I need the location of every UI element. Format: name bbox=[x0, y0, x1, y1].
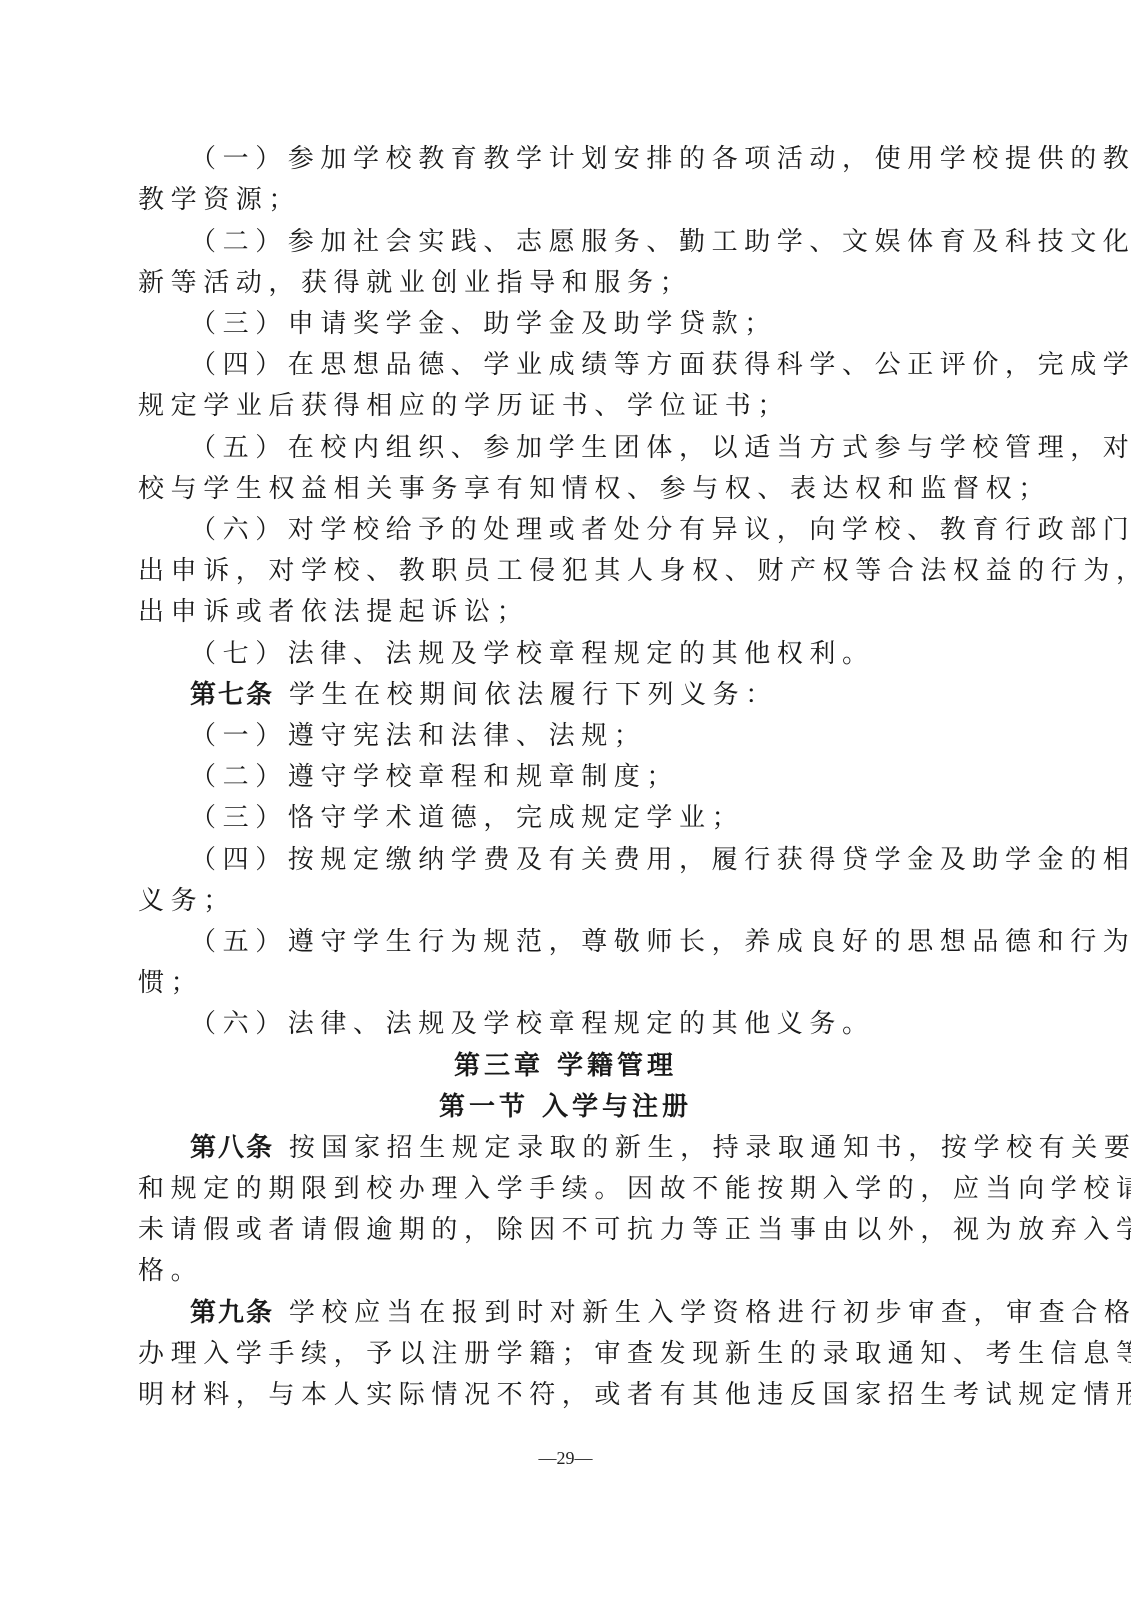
article-9-line-3: 明材料，与本人实际情况不符，或者有其他违反国家招生考试规定情形的， bbox=[138, 1378, 972, 1412]
duties-line: （五）遵守学生行为规范，尊敬师长，养成良好的思想品德和行为习 bbox=[190, 925, 972, 959]
article-8-line-2: 和规定的期限到校办理入学手续。因故不能按期入学的，应当向学校请假。 bbox=[138, 1172, 972, 1206]
article-7-text: 学生在校期间依法履行下列义务： bbox=[274, 680, 778, 710]
rights-line: 规定学业后获得相应的学历证书、学位证书； bbox=[138, 389, 972, 423]
rights-line: （四）在思想品德、学业成绩等方面获得科学、公正评价，完成学校 bbox=[190, 348, 972, 382]
duties-line: （二）遵守学校章程和规章制度； bbox=[190, 760, 972, 794]
rights-line: 新等活动，获得就业创业指导和服务； bbox=[138, 266, 972, 300]
rights-line: （七）法律、法规及学校章程规定的其他权利。 bbox=[190, 637, 972, 671]
article-9-line-2: 办理入学手续，予以注册学籍；审查发现新生的录取通知、考生信息等证 bbox=[138, 1337, 972, 1371]
article-8-line-3: 未请假或者请假逾期的，除因不可抗力等正当事由以外，视为放弃入学资 bbox=[138, 1213, 972, 1247]
rights-line: 出申诉，对学校、教职员工侵犯其人身权、财产权等合法权益的行为，提 bbox=[138, 554, 972, 588]
duties-line: （六）法律、法规及学校章程规定的其他义务。 bbox=[190, 1007, 972, 1041]
article-9-line-1: 第九条 学校应当在报到时对新生入学资格进行初步审查，审查合格的 bbox=[190, 1296, 972, 1330]
page-number: —29— bbox=[0, 1448, 1131, 1469]
section-title: 第一节 入学与注册 bbox=[0, 1090, 1131, 1124]
duties-line: 惯； bbox=[138, 966, 972, 1000]
article-7-heading: 第七条 学生在校期间依法履行下列义务： bbox=[190, 678, 972, 712]
article-8-line-1: 第八条 按国家招生规定录取的新生，持录取通知书，按学校有关要求 bbox=[190, 1131, 972, 1165]
document-page: （一）参加学校教育教学计划安排的各项活动，使用学校提供的教育教学资源；（二）参加… bbox=[0, 0, 1131, 1600]
article-9-label: 第九条 bbox=[190, 1298, 274, 1328]
chapter-title: 第三章 学籍管理 bbox=[0, 1049, 1131, 1083]
rights-line: 出申诉或者依法提起诉讼； bbox=[138, 595, 972, 629]
rights-line: （三）申请奖学金、助学金及助学贷款； bbox=[190, 307, 972, 341]
rights-line: 教学资源； bbox=[138, 183, 972, 217]
duties-line: 义务； bbox=[138, 884, 972, 918]
article-8-line-4: 格。 bbox=[138, 1254, 972, 1288]
rights-line: （六）对学校给予的处理或者处分有异议，向学校、教育行政部门提 bbox=[190, 513, 972, 547]
duties-line: （一）遵守宪法和法律、法规； bbox=[190, 719, 972, 753]
rights-line: 校与学生权益相关事务享有知情权、参与权、表达权和监督权； bbox=[138, 472, 972, 506]
duties-line: （三）恪守学术道德，完成规定学业； bbox=[190, 801, 972, 835]
article-8-label: 第八条 bbox=[190, 1133, 274, 1163]
article-7-label: 第七条 bbox=[190, 680, 274, 710]
rights-line: （一）参加学校教育教学计划安排的各项活动，使用学校提供的教育 bbox=[190, 142, 972, 176]
duties-line: （四）按规定缴纳学费及有关费用，履行获得贷学金及助学金的相应 bbox=[190, 843, 972, 877]
rights-line: （五）在校内组织、参加学生团体，以适当方式参与学校管理，对学 bbox=[190, 431, 972, 465]
rights-line: （二）参加社会实践、志愿服务、勤工助学、文娱体育及科技文化创 bbox=[190, 225, 972, 259]
